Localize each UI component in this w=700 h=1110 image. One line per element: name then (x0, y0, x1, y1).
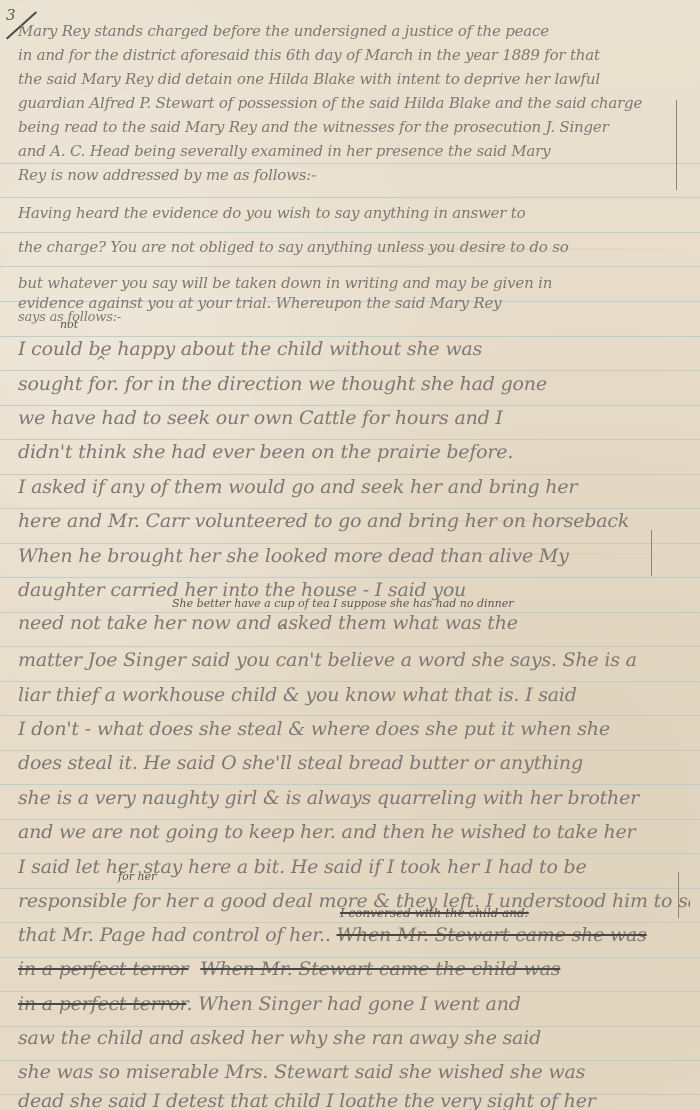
struck-text: in a perfect terror (18, 993, 186, 1015)
statement-line-12: I don't - what does she steal & where do… (18, 718, 690, 740)
ruled-line (0, 266, 700, 267)
insertion-not: not (60, 318, 78, 331)
line-20-kept: . When Singer had gone I went and (186, 993, 520, 1015)
statement-line-19: in a perfect terror When Mr. Stewart cam… (18, 958, 690, 980)
statement-line-3: we have had to seek our own Cattle for h… (18, 407, 690, 429)
insertion-for-her: for her (118, 870, 156, 883)
ruled-line (0, 474, 700, 475)
ruled-line (0, 336, 700, 337)
struck-text: in a perfect terror (18, 958, 189, 980)
ruled-line (0, 991, 700, 992)
ruled-line (0, 577, 700, 578)
margin-bracket (651, 530, 652, 576)
ruled-line (0, 715, 700, 716)
line-18-kept: that Mr. Page had control of her.. (18, 924, 337, 946)
folio-number: 3 (6, 6, 16, 24)
ruled-line (0, 853, 700, 854)
struck-insertion: I conversed with the child and: (340, 906, 529, 920)
ruled-line (0, 508, 700, 509)
statement-line-5: I asked if any of them would go and seek… (18, 476, 690, 498)
statement-line-10: matter Joe Singer said you can't believe… (18, 649, 690, 671)
charge-line-6: and A. C. Head being severally examined … (18, 142, 690, 160)
statement-line-14: she is a very naughty girl & is always q… (18, 787, 690, 809)
ruled-line (0, 232, 700, 233)
ruled-line (0, 163, 700, 164)
ruled-line (0, 646, 700, 647)
statement-line-2: sought for. for in the direction we thou… (18, 373, 690, 395)
ruled-line (0, 681, 700, 682)
statement-line-4: didn't think she had ever been on the pr… (18, 441, 690, 463)
charge-line-5: being read to the said Mary Rey and the … (18, 118, 690, 136)
struck-text: When Mr. Stewart came she was (337, 924, 647, 946)
struck-text: When Mr. Stewart came the child was (200, 958, 560, 980)
statement-line-23: dead she said I detest that child I loat… (18, 1090, 690, 1110)
caution-line-3: but whatever you say will be taken down … (18, 274, 690, 292)
insertion-caret: ^ (278, 622, 288, 636)
statement-line-6: here and Mr. Carr volunteered to go and … (18, 510, 690, 532)
charge-line-1: Mary Rey stands charged before the under… (18, 22, 690, 40)
statement-line-11: liar thief a workhouse child & you know … (18, 684, 690, 706)
ruled-line (0, 819, 700, 820)
ruled-line (0, 784, 700, 785)
insertion-tea-note: She better have a cup of tea I suppose s… (172, 597, 514, 610)
ruled-line (0, 370, 700, 371)
margin-bracket (678, 872, 679, 918)
statement-line-20: in a perfect terror. When Singer had gon… (18, 993, 690, 1015)
statement-line-9: need not take her now and asked them wha… (18, 612, 690, 634)
ruled-line (0, 439, 700, 440)
caution-line-1: Having heard the evidence do you wish to… (18, 204, 690, 222)
statement-line-13: does steal it. He said O she'll steal br… (18, 752, 690, 774)
ruled-line (0, 197, 700, 198)
statement-line-1: I could be happy about the child without… (18, 338, 690, 360)
statement-line-15: and we are not going to keep her. and th… (18, 821, 690, 843)
statement-line-21: saw the child and asked her why she ran … (18, 1027, 690, 1049)
charge-line-3: the said Mary Rey did detain one Hilda B… (18, 70, 690, 88)
ruled-line (0, 922, 700, 923)
statement-line-7: When he brought her she looked more dead… (18, 545, 690, 567)
statement-line-18: that Mr. Page had control of her.. When … (18, 924, 690, 946)
ruled-line (0, 543, 700, 544)
caution-line-2: the charge? You are not obliged to say a… (18, 238, 690, 256)
manuscript-page: 3 Mary Rey stands charged before the und… (0, 0, 700, 1110)
ruled-line (0, 405, 700, 406)
charge-line-2: in and for the district aforesaid this 6… (18, 46, 690, 64)
statement-line-22: she was so miserable Mrs. Stewart said s… (18, 1061, 690, 1083)
caution-line-5: says as follows:- (18, 310, 690, 325)
ruled-line (0, 750, 700, 751)
ruled-line (0, 888, 700, 889)
charge-line-4: guardian Alfred P. Stewart of possession… (18, 94, 690, 112)
charge-line-7: Rey is now addressed by me as follows:- (18, 166, 690, 184)
